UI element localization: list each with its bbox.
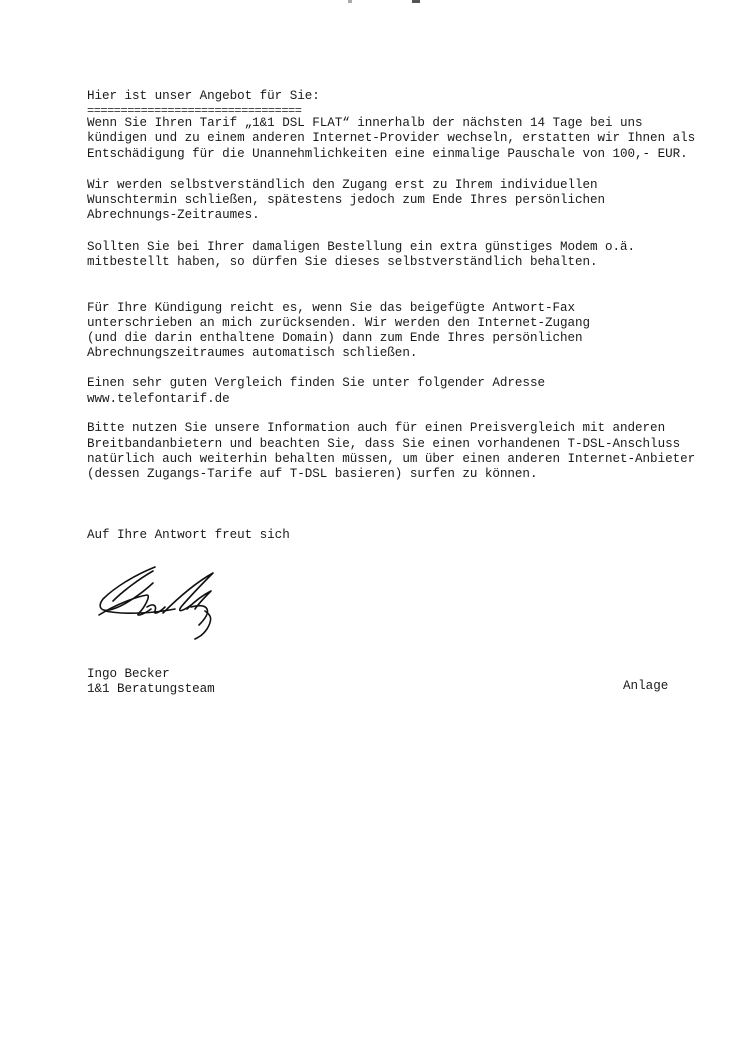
scanned-letter-page: Hier ist unser Angebot für Sie: ========… (0, 0, 750, 1061)
paragraph-2-line-1: Wir werden selbstverständlich den Zugang… (87, 178, 598, 194)
paragraph-6-line-1: Bitte nutzen Sie unsere Information auch… (87, 421, 665, 437)
signer-name: Ingo Becker (87, 667, 170, 683)
paragraph-6-line-3: natürlich auch weiterhin behalten müssen… (87, 452, 695, 468)
paragraph-4-line-1: Für Ihre Kündigung reicht es, wenn Sie d… (87, 301, 575, 317)
paragraph-4-line-2: unterschrieben an mich zurücksenden. Wir… (87, 316, 590, 332)
paragraph-3-line-2: mitbestellt haben, so dürfen Sie dieses … (87, 255, 598, 271)
paragraph-1-line-3: Entschädigung für die Unannehmlichkeiten… (87, 147, 688, 163)
enclosure-label: Anlage (623, 679, 668, 695)
paragraph-6-line-2: Breitbandanbietern und beachten Sie, das… (87, 437, 680, 453)
paragraph-1-line-1: Wenn Sie Ihren Tarif „1&1 DSL FLAT“ inne… (87, 116, 643, 132)
paragraph-3-line-1: Sollten Sie bei Ihrer damaligen Bestellu… (87, 240, 635, 256)
paragraph-2-line-3: Abrechnungs-Zeitraumes. (87, 208, 260, 224)
paragraph-4-line-4: Abrechnungszeitraumes automatisch schlie… (87, 346, 417, 362)
handwritten-signature (95, 565, 235, 640)
paragraph-2-line-2: Wunschtermin schließen, spätestens jedoc… (87, 193, 605, 209)
scan-artifact (348, 0, 352, 3)
signer-team: 1&1 Beratungsteam (87, 682, 215, 698)
paragraph-5-line-1: Einen sehr guten Vergleich finden Sie un… (87, 376, 545, 392)
paragraph-1-line-2: kündigen und zu einem anderen Internet-P… (87, 131, 695, 147)
website-link: www.telefontarif.de (87, 392, 230, 408)
paragraph-6-line-4: (dessen Zugangs-Tarife auf T-DSL basiere… (87, 467, 537, 483)
paragraph-4-line-3: (und die darin enthaltene Domain) dann z… (87, 331, 583, 347)
scan-artifact (412, 0, 420, 3)
closing-phrase: Auf Ihre Antwort freut sich (87, 528, 290, 544)
offer-heading: Hier ist unser Angebot für Sie: (87, 89, 320, 105)
